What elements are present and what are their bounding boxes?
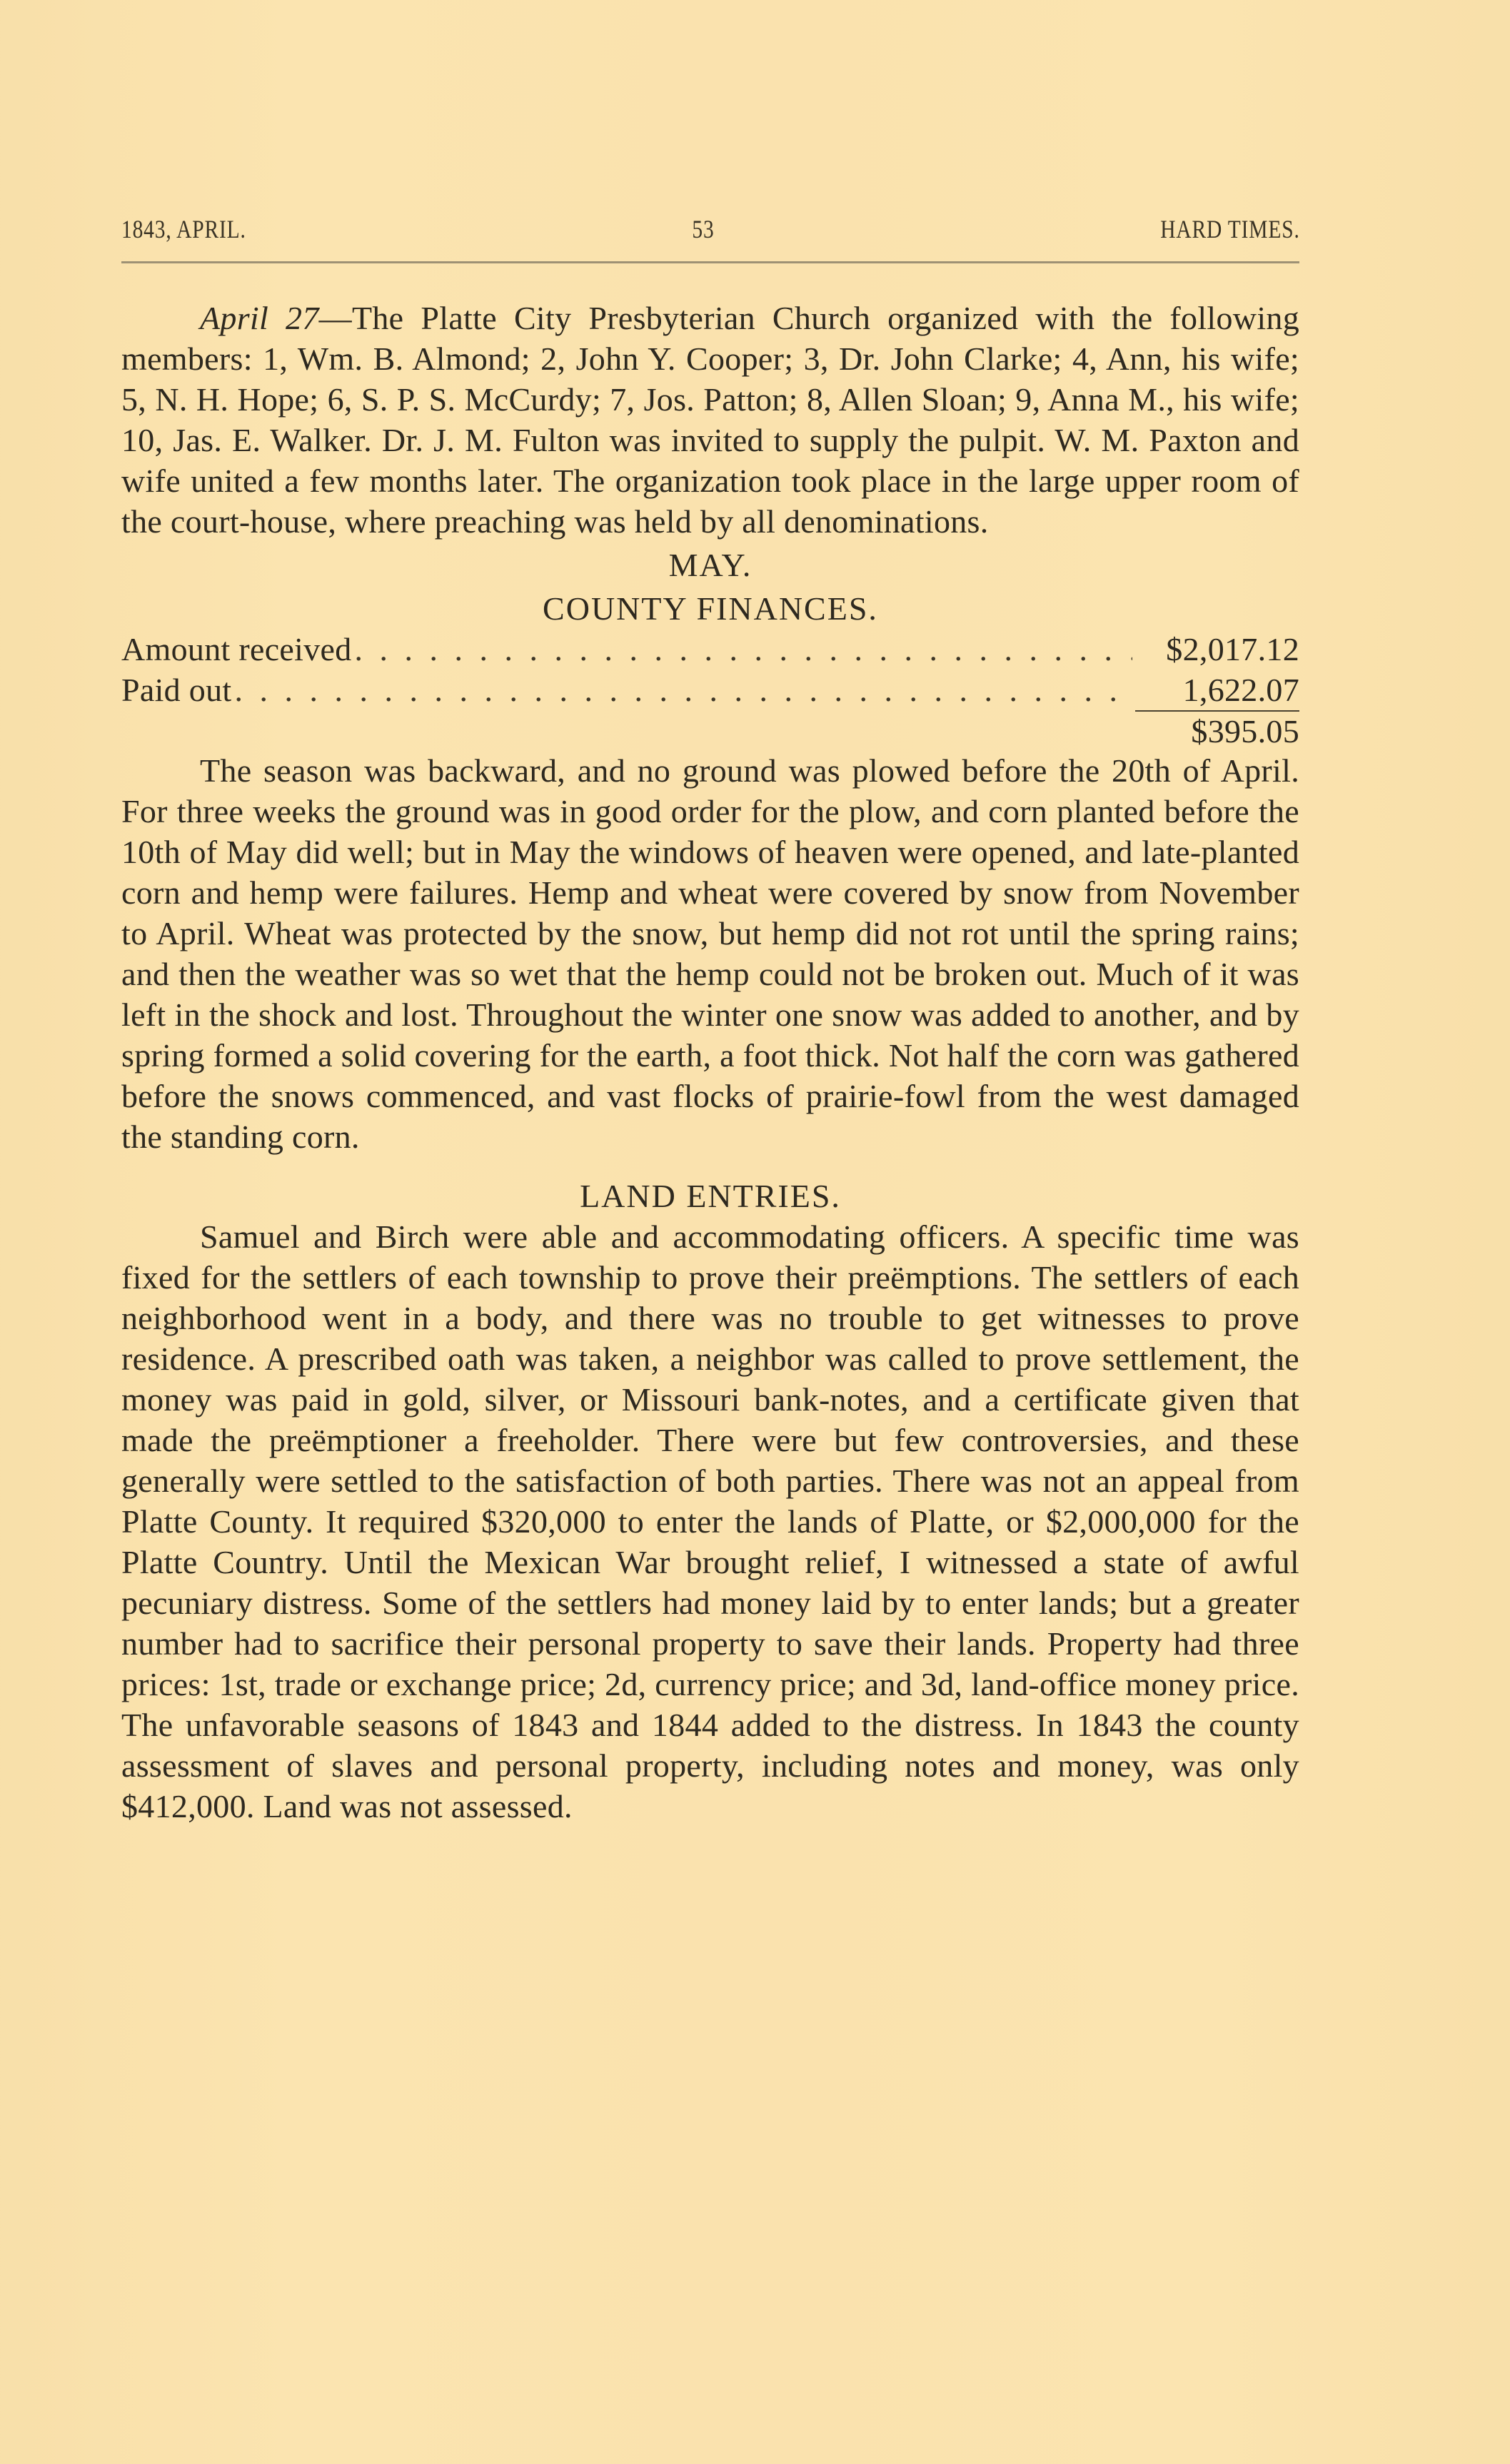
- finance-balance-row: $395.05: [121, 710, 1299, 750]
- finance-label: Paid out: [121, 670, 231, 710]
- county-finances-heading: COUNTY FINANCES.: [121, 588, 1299, 629]
- finance-label: Amount received: [121, 629, 352, 670]
- finance-amount: $2,017.12: [1135, 629, 1299, 670]
- county-finances-table: Amount received $2,017.12 Paid out 1,622…: [121, 629, 1299, 750]
- finance-amount: 1,622.07: [1135, 670, 1299, 710]
- dot-leader: [234, 670, 1132, 710]
- entry-date: April 27: [200, 300, 319, 336]
- book-page: 1843, APRIL. 53 HARD TIMES. April 27—The…: [121, 214, 1299, 1827]
- running-head-left: 1843, APRIL.: [121, 214, 246, 244]
- running-head-right: HARD TIMES.: [1160, 214, 1299, 244]
- month-heading: MAY.: [121, 545, 1299, 585]
- land-entries-paragraph: Samuel and Birch were able and accommoda…: [121, 1216, 1299, 1827]
- page-body: April 27—The Platte City Presbyterian Ch…: [121, 298, 1299, 1827]
- header-rule: [121, 261, 1299, 263]
- finance-balance: $395.05: [1135, 710, 1299, 750]
- finance-row-paid-out: Paid out 1,622.07: [121, 670, 1299, 710]
- land-entries-heading: LAND ENTRIES.: [121, 1176, 1299, 1216]
- church-organization-paragraph: April 27—The Platte City Presbyterian Ch…: [121, 298, 1299, 542]
- running-head: 1843, APRIL. 53 HARD TIMES.: [121, 214, 1300, 246]
- page-number: 53: [692, 214, 714, 244]
- dot-leader: [355, 629, 1132, 670]
- finance-row-received: Amount received $2,017.12: [121, 629, 1299, 670]
- season-paragraph: The season was backward, and no ground w…: [121, 750, 1299, 1157]
